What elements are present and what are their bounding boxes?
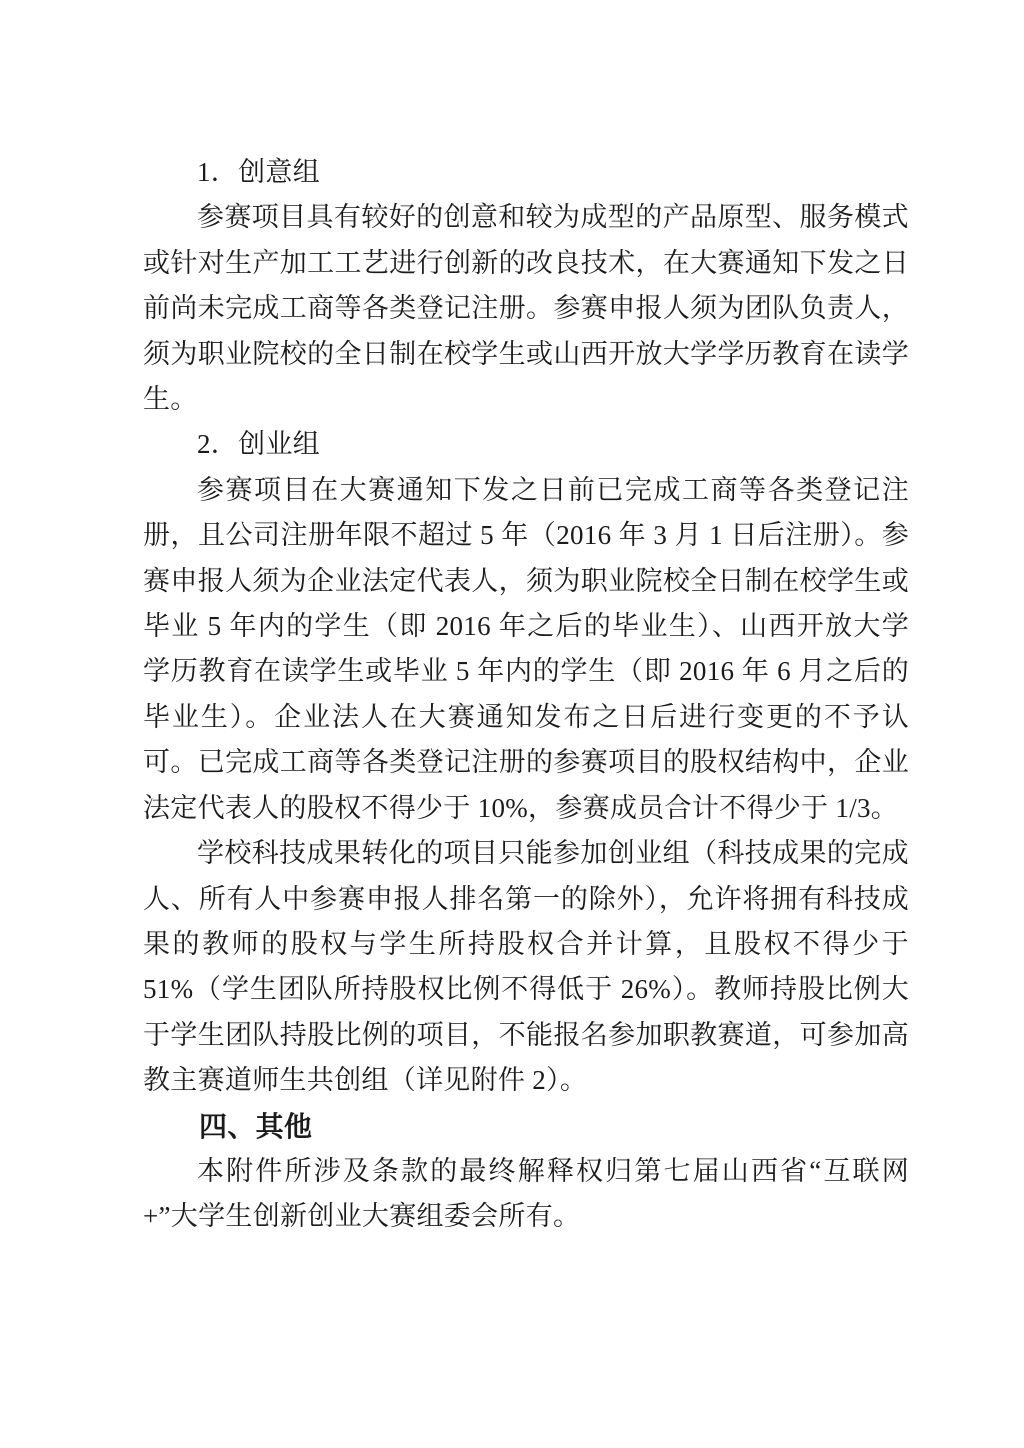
paragraph-tech-transfer-rules: 学校科技成果转化的项目只能参加创业组（科技成果的完成人、所有人中参赛申报人排名第… bbox=[143, 831, 909, 1103]
paragraph-final-interpretation-rights: 本附件所涉及条款的最终解释权归第七届山西省“互联网+”大学生创新创业大赛组委会所… bbox=[143, 1149, 909, 1240]
subheading-startup-group: 2．创业组 bbox=[143, 422, 909, 467]
subheading-creative-group: 1．创意组 bbox=[143, 150, 909, 195]
document-page: 1．创意组 参赛项目具有较好的创意和较为成型的产品原型、服务模式或针对生产加工工… bbox=[0, 0, 1024, 1448]
paragraph-creative-group-rules: 参赛项目具有较好的创意和较为成型的产品原型、服务模式或针对生产加工工艺进行创新的… bbox=[143, 195, 909, 422]
document-body: 1．创意组 参赛项目具有较好的创意和较为成型的产品原型、服务模式或针对生产加工工… bbox=[143, 150, 909, 1240]
paragraph-startup-group-rules: 参赛项目在大赛通知下发之日前已完成工商等各类登记注册，且公司注册年限不超过 5 … bbox=[143, 468, 909, 831]
heading-other: 四、其他 bbox=[143, 1104, 909, 1149]
